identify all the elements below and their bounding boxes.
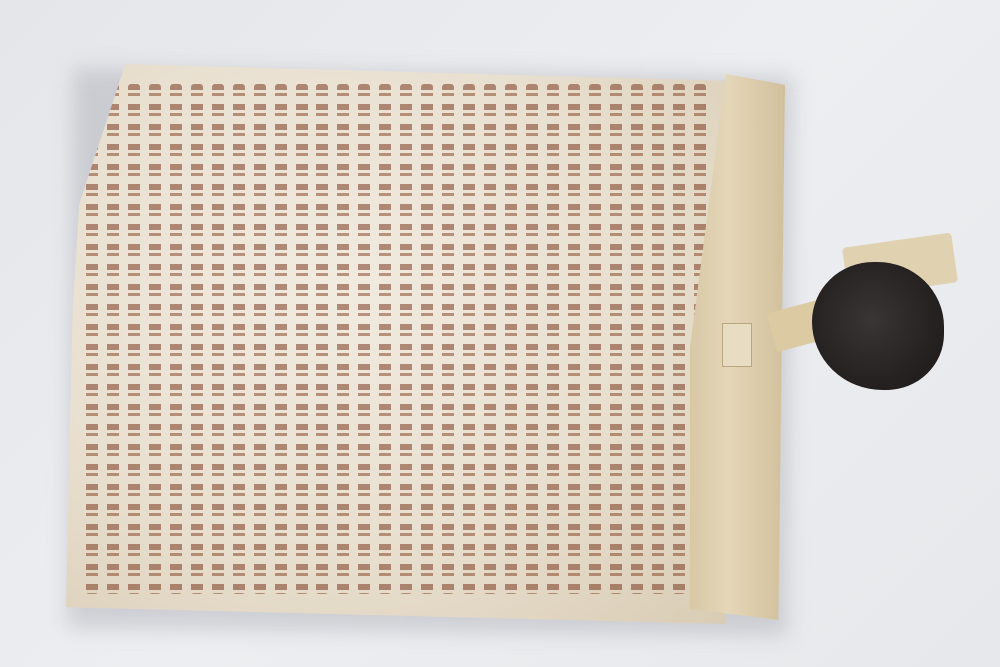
text-line (275, 84, 287, 594)
text-line (652, 84, 664, 594)
seal-tag-slot (722, 323, 752, 367)
text-line (631, 84, 643, 594)
text-line (107, 84, 119, 594)
text-line (400, 84, 412, 594)
text-line (191, 84, 203, 594)
text-line (505, 84, 517, 594)
text-line (212, 84, 224, 594)
text-line (610, 84, 622, 594)
text-line (379, 84, 391, 594)
text-line (568, 84, 580, 594)
wax-seal (812, 262, 944, 390)
parchment-sheet (66, 64, 726, 624)
text-line (547, 84, 559, 594)
text-line (589, 84, 601, 594)
text-line (442, 84, 454, 594)
text-line (233, 84, 245, 594)
text-line (149, 84, 161, 594)
text-line (421, 84, 433, 594)
text-line (170, 84, 182, 594)
text-line (254, 84, 266, 594)
text-line (296, 84, 308, 594)
text-line (484, 84, 496, 594)
text-line (337, 84, 349, 594)
text-line (526, 84, 538, 594)
text-line (316, 84, 328, 594)
text-line (673, 84, 685, 594)
handwritten-text (86, 84, 706, 594)
text-line (358, 84, 370, 594)
text-line (463, 84, 475, 594)
text-line (128, 84, 140, 594)
